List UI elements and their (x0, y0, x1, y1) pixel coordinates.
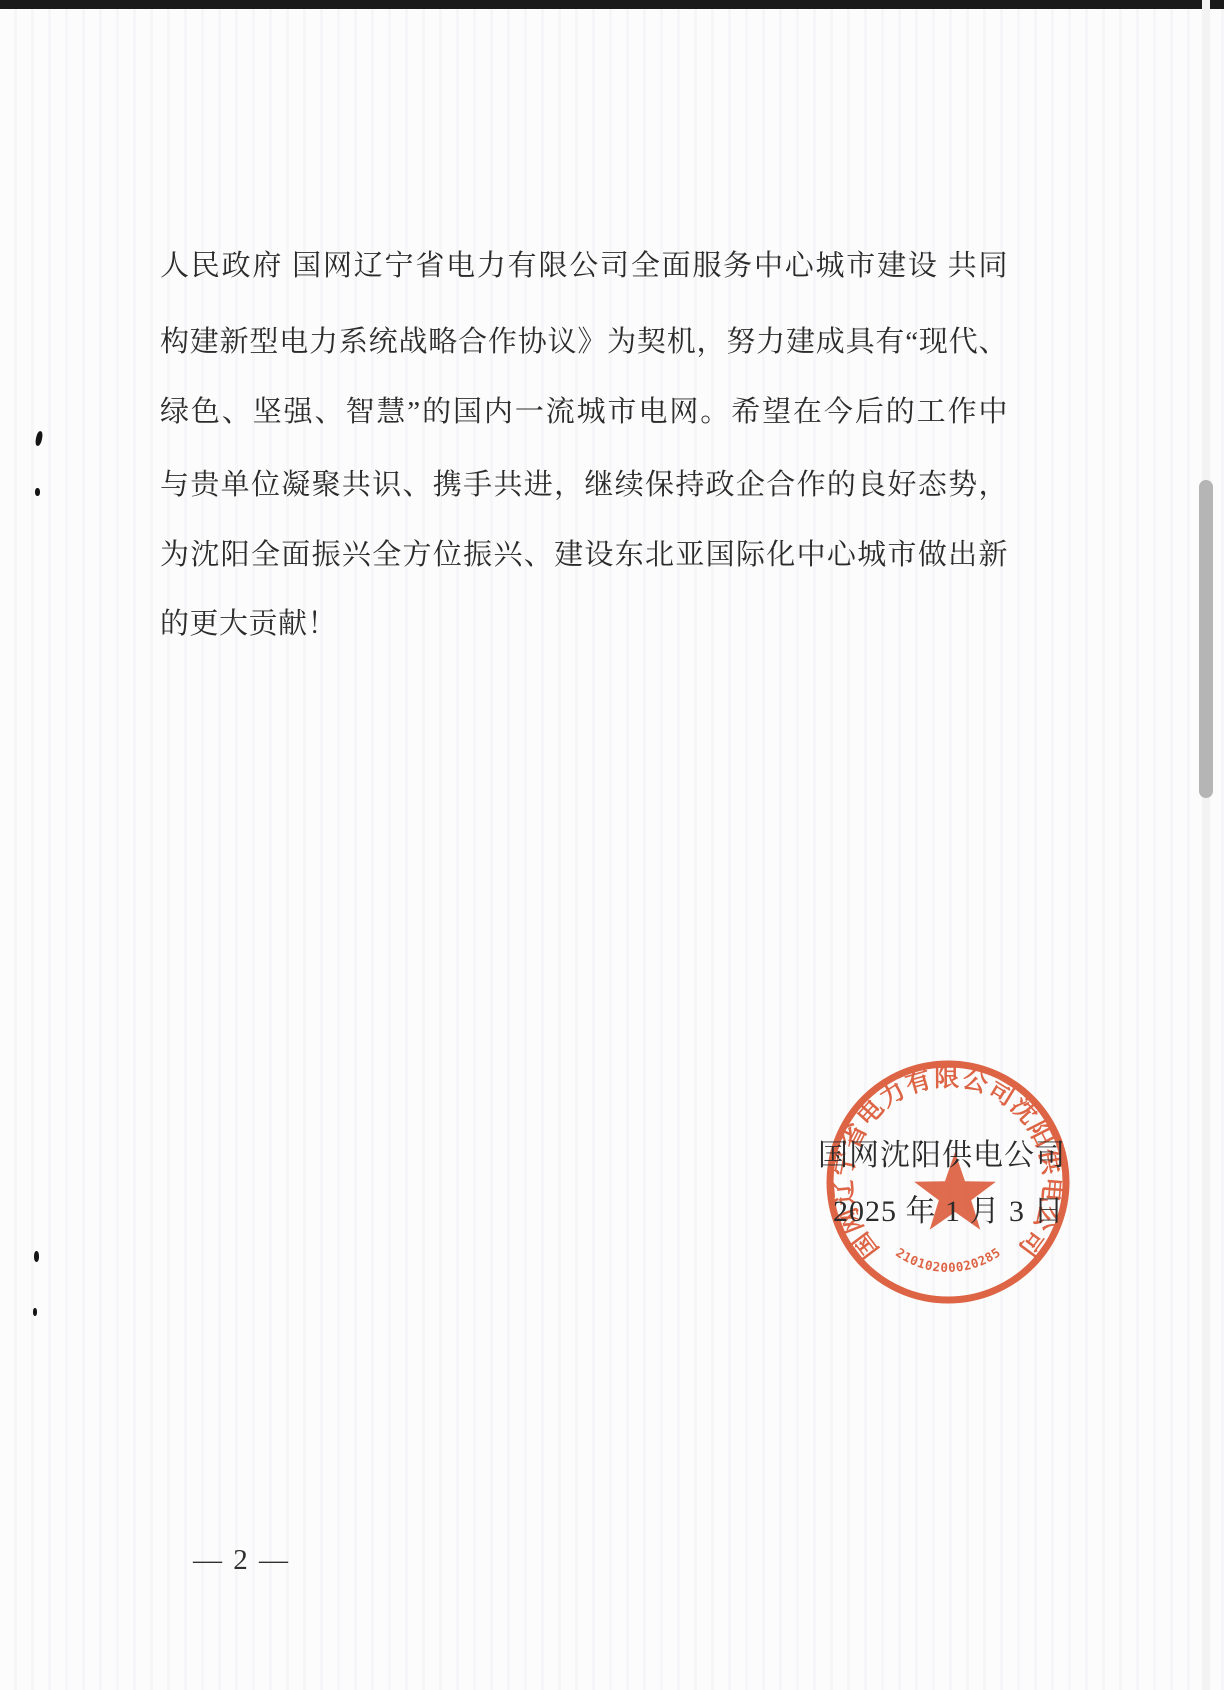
seal-ring (830, 1064, 1066, 1300)
scan-mark (33, 1308, 37, 1316)
scan-mark (35, 488, 40, 496)
body-line-5: 为沈阳全面振兴全方位振兴、建设东北亚国际化中心城市做出新 (160, 535, 1008, 575)
page-number: — 2 — (193, 1544, 290, 1577)
signature-date: 2025 年 1 月 3 日 (833, 1186, 1065, 1230)
body-line-4: 与贵单位凝聚共识、携手共进，继续保持政企合作的良好态势， (160, 465, 1008, 505)
top-edge-bar (0, 0, 1224, 9)
body-line-1: 人民政府 国网辽宁省电力有限公司全面服务中心城市建设 共同 (160, 246, 1008, 286)
body-line-2: 构建新型电力系统战略合作协议》为契机，努力建成具有“现代、 (160, 322, 1008, 362)
body-line-6: 的更大贡献！ (160, 604, 1008, 644)
scan-mark (34, 1251, 39, 1262)
scrollbar-track[interactable] (1202, 0, 1210, 1690)
scrollbar-thumb[interactable] (1199, 480, 1213, 798)
scan-mark (35, 431, 44, 447)
official-seal-stamp: 国网辽宁省电力有限公司沈阳供电公司 210102000202853 (821, 1055, 1075, 1309)
body-line-3: 绿色、坚强、智慧”的国内一流城市电网。希望在今后的工作中 (160, 392, 1008, 432)
signature-company: 国网沈阳供电公司 (818, 1130, 1066, 1174)
